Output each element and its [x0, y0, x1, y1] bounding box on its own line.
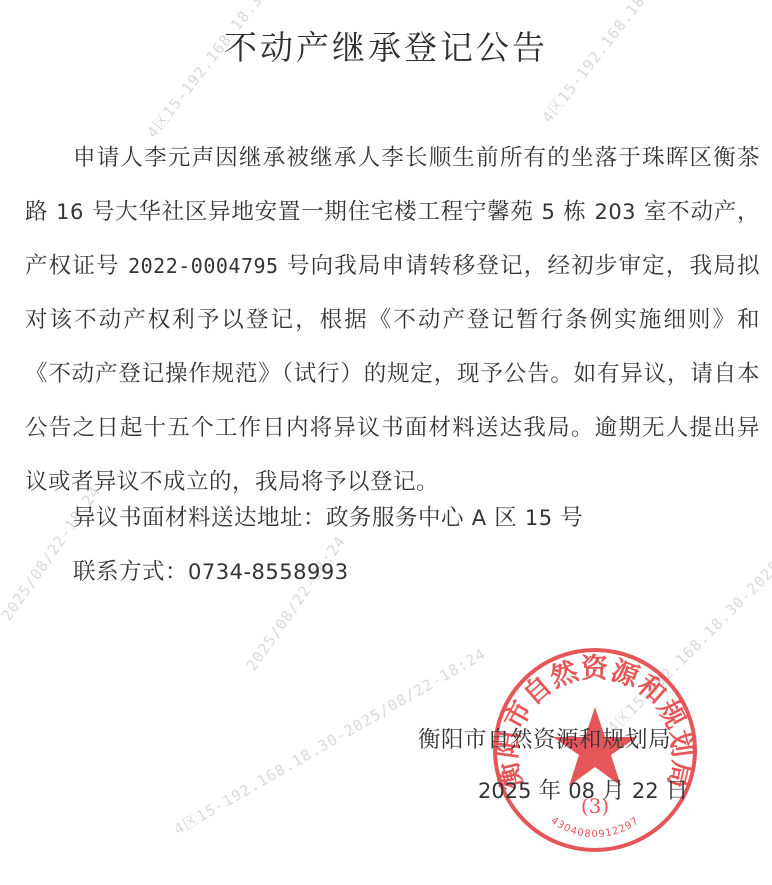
road-number: 16 — [56, 200, 84, 224]
svg-text:4304080912297: 4304080912297 — [549, 815, 642, 840]
paragraph-text: 号向我局申请转移登记，经初步审定，我局拟对该不动产权利予以登记，根据《不动产登记… — [25, 253, 760, 495]
address-zone-suffix: 区 — [494, 505, 517, 531]
objection-address: 异议书面材料送达地址：政务服务中心 A 区 15 号 — [73, 500, 583, 532]
date-year: 2025 — [478, 779, 531, 803]
contact-label: 联系方式： — [73, 559, 188, 585]
seal-code: 4304080912297 — [549, 815, 642, 840]
date-month-unit: 月 — [602, 778, 625, 804]
room-number: 203 — [594, 200, 636, 224]
address-value: 政务服务中心 — [326, 505, 464, 531]
date-month: 08 — [568, 779, 595, 803]
date-day: 22 — [632, 779, 659, 803]
announcement-body: 申请人李元声因继承被继承人李长顺生前所有的坐落于珠晖区衡茶路 16 号大华社区异… — [25, 131, 760, 509]
address-number-suffix: 号 — [560, 505, 583, 531]
address-zone: A — [472, 506, 487, 530]
address-label: 异议书面材料送达地址： — [73, 505, 326, 531]
building-number: 5 — [542, 200, 556, 224]
date-day-unit: 日 — [666, 778, 689, 804]
certificate-number: 2022-0004795 — [128, 254, 279, 278]
contact-info: 联系方式：0734-8558993 — [73, 554, 349, 586]
issuing-organization: 衡阳市自然资源和规划局 — [418, 722, 671, 754]
paragraph-text: 号大华社区异地安置一期住宅楼工程宁馨苑 — [92, 199, 534, 225]
date-year-unit: 年 — [539, 778, 562, 804]
announcement-paragraph: 申请人李元声因继承被继承人李长顺生前所有的坐落于珠晖区衡茶路 16 号大华社区异… — [25, 131, 760, 509]
issue-date: 2025 年 08 月 22 日 — [478, 773, 688, 805]
address-number: 15 — [525, 506, 553, 530]
contact-phone: 0734-8558993 — [188, 560, 349, 584]
document-title: 不动产继承登记公告 — [0, 22, 772, 69]
paragraph-text: 栋 — [563, 199, 586, 225]
